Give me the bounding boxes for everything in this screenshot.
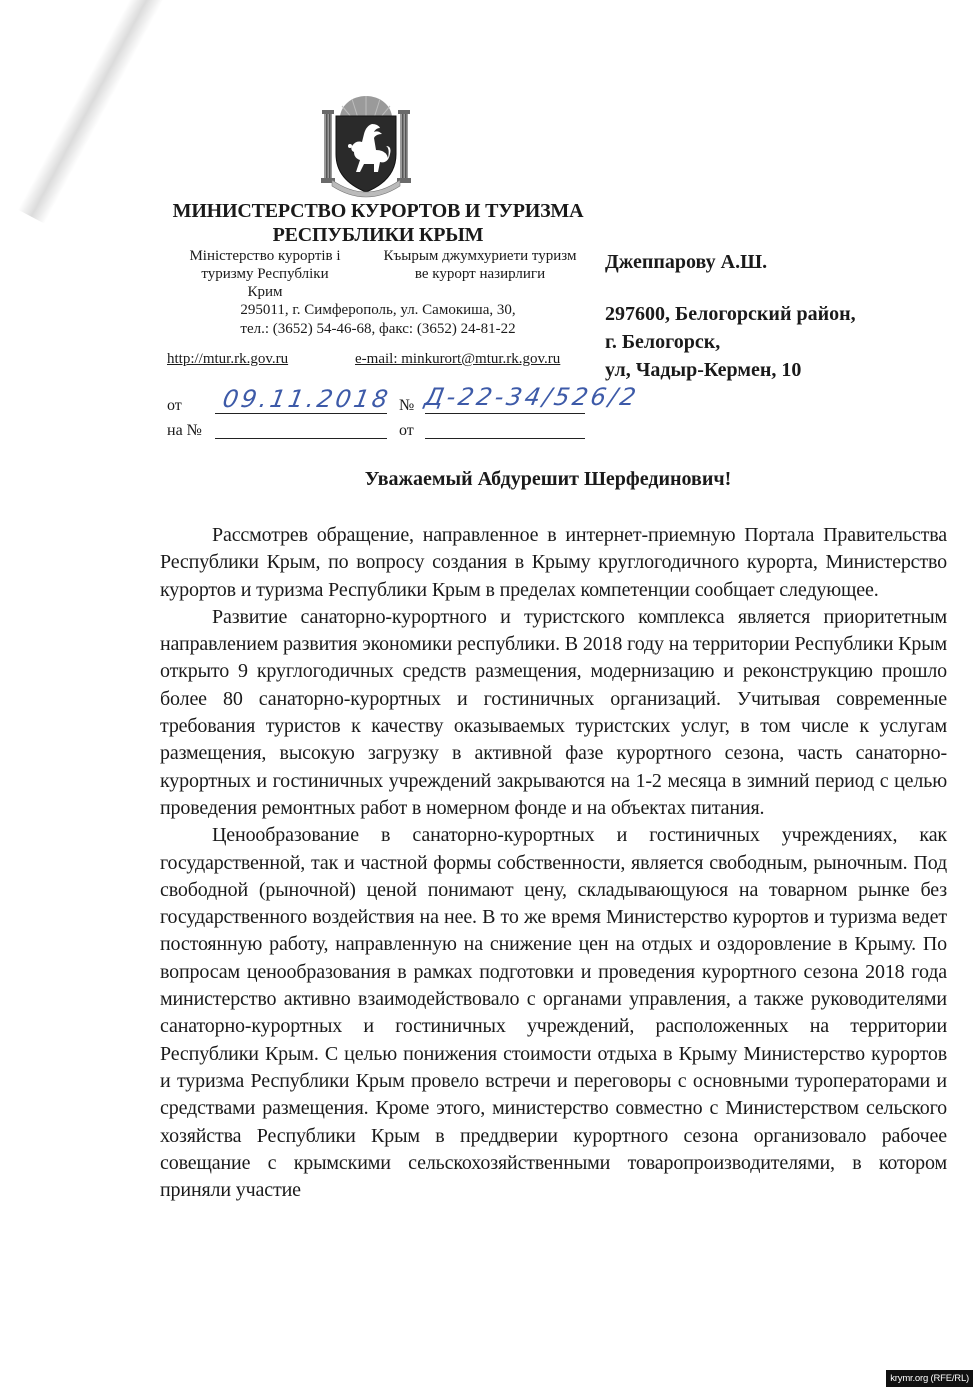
handwritten-number: Д-22-34/526/2 bbox=[423, 383, 641, 411]
ukrainian-name-line3: Крим bbox=[165, 283, 365, 301]
crimean-tatar-name-line2: ве курорт назирлиги bbox=[360, 265, 600, 283]
ministry-address-line1: 295011, г. Симферополь, ул. Самокиша, 30… bbox=[160, 301, 596, 320]
ministry-title-line2: РЕСПУБЛИКИ КРЫМ bbox=[160, 223, 596, 247]
reply-date-field bbox=[425, 418, 585, 439]
paragraph-2: Развитие санаторно-курортного и туристск… bbox=[160, 604, 947, 822]
ministry-title-line1: МИНИСТЕРСТВО КУРОРТОВ И ТУРИЗМА bbox=[160, 199, 596, 223]
recipient-address-line3: ул, Чадыр-Кермен, 10 bbox=[605, 356, 856, 384]
email-link[interactable]: e-mail: minkurort@mtur.rk.gov.ru bbox=[355, 350, 560, 368]
from-label: от bbox=[167, 397, 182, 415]
registration-row-reply: на № от bbox=[167, 418, 647, 440]
ukrainian-name-line2: туризму Республіки bbox=[165, 265, 365, 283]
recipient-address: 297600, Белогорский район, г. Белогорск,… bbox=[605, 300, 856, 384]
reply-from-label: от bbox=[399, 422, 414, 440]
number-label: № bbox=[399, 397, 414, 415]
recipient-address-line2: г. Белогорск, bbox=[605, 328, 856, 356]
paragraph-3: Ценообразование в санаторно-курортных и … bbox=[160, 822, 947, 1204]
ukrainian-name: Міністерство курортів і туризму Республі… bbox=[165, 247, 365, 283]
letter-greeting: Уважаемый Абдурешит Шерфединович! bbox=[160, 468, 936, 491]
scan-artifact bbox=[18, 0, 167, 224]
crimean-tatar-name: Къырым джумхуриети туризм ве курорт нази… bbox=[360, 247, 600, 283]
reply-number-label: на № bbox=[167, 422, 202, 440]
ministry-title: МИНИСТЕРСТВО КУРОРТОВ И ТУРИЗМА РЕСПУБЛИ… bbox=[160, 199, 596, 247]
handwritten-date: 09.11.2018 bbox=[221, 385, 393, 413]
ministry-address: 295011, г. Симферополь, ул. Самокиша, 30… bbox=[160, 301, 596, 339]
website-link[interactable]: http://mtur.rk.gov.ru bbox=[167, 350, 288, 368]
reply-number-field bbox=[215, 418, 387, 439]
ministry-phone-fax: тел.: (3652) 54-46-68, факс: (3652) 24-8… bbox=[160, 320, 596, 339]
source-watermark: krymr.org (RFE/RL) bbox=[886, 1370, 973, 1387]
ukrainian-name-line1: Міністерство курортів і bbox=[165, 247, 365, 265]
paragraph-1: Рассмотрев обращение, направленное в инт… bbox=[160, 522, 947, 604]
recipient-address-line1: 297600, Белогорский район, bbox=[605, 300, 856, 328]
crimean-tatar-name-line1: Къырым джумхуриети туризм bbox=[360, 247, 600, 265]
recipient-name: Джеппарову А.Ш. bbox=[605, 248, 767, 276]
letter-body: Рассмотрев обращение, направленное в инт… bbox=[160, 522, 947, 1204]
registration-row-outgoing: от 09.11.2018 № Д-22-34/526/2 bbox=[167, 393, 647, 415]
crimea-coat-of-arms-icon bbox=[312, 88, 420, 200]
